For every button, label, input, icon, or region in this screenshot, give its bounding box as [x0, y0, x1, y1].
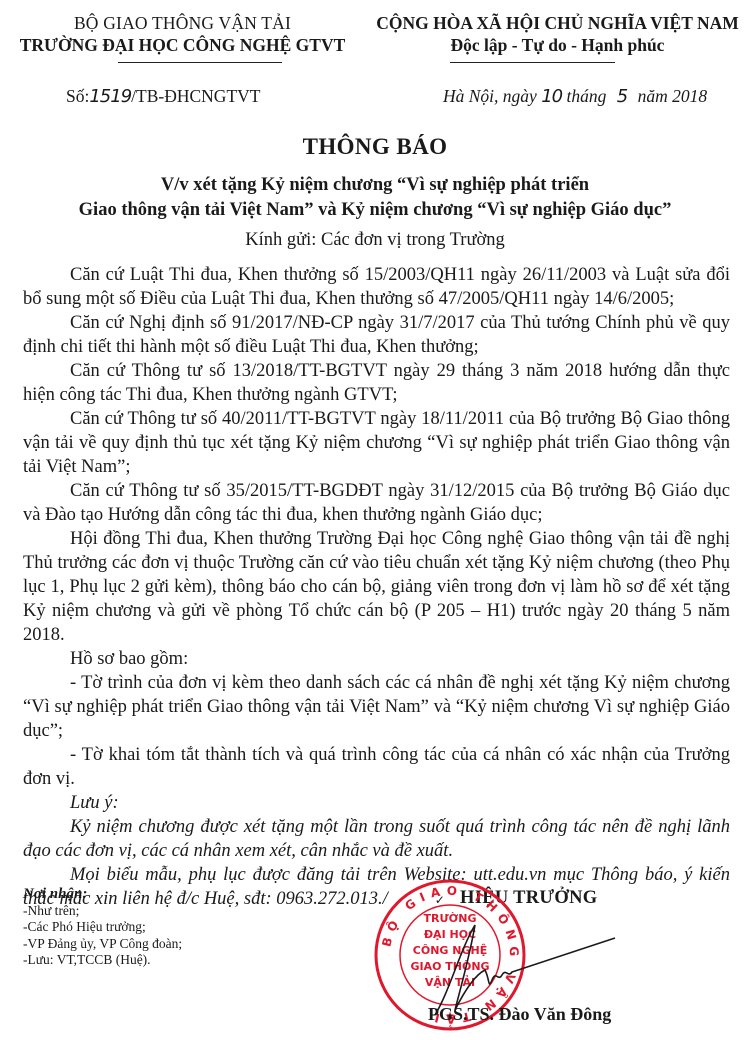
doc-number-prefix: Số:: [66, 86, 89, 106]
ministry-name: BỘ GIAO THÔNG VẬN TẢI: [10, 12, 355, 34]
recipient-item: -VP Đảng ủy, VP Công đoàn;: [23, 936, 182, 953]
doc-number-handwritten: 1519: [89, 86, 131, 107]
doc-number-suffix: /TB-ĐHCNGTVT: [131, 86, 260, 106]
national-header: CỘNG HÒA XÃ HỘI CHỦ NGHĨA VIỆT NAM Độc l…: [370, 12, 745, 56]
date-month-handwritten: 5: [617, 86, 627, 107]
salutation: Kính gửi: Các đơn vị trong Trường: [0, 230, 750, 251]
document-body: Căn cứ Luật Thi đua, Khen thưởng số 15/2…: [23, 263, 730, 912]
body-paragraph: - Tờ trình của đơn vị kèm theo danh sách…: [23, 671, 730, 743]
document-subject: V/v xét tặng Kỷ niệm chương “Vì sự nghiệ…: [0, 173, 750, 223]
national-title: CỘNG HÒA XÃ HỘI CHỦ NGHĨA VIỆT NAM: [370, 12, 745, 34]
recipients-heading: Nơi nhận:: [23, 886, 182, 903]
issuer-header: BỘ GIAO THÔNG VẬN TẢI TRƯỜNG ĐẠI HỌC CÔN…: [10, 12, 355, 56]
subject-line-1: V/v xét tặng Kỷ niệm chương “Vì sự nghiệ…: [0, 173, 750, 198]
document-title: THÔNG BÁO: [0, 134, 750, 160]
body-paragraph: Lưu ý:: [23, 791, 730, 815]
document-number: Số:1519/TB-ĐHCNGTVT: [66, 86, 260, 107]
body-paragraph: Hồ sơ bao gồm:: [23, 647, 730, 671]
motto-underline: [450, 62, 615, 63]
national-motto: Độc lập - Tự do - Hạnh phúc: [370, 34, 745, 56]
recipients-block: Nơi nhận: -Như trên; -Các Phó Hiệu trưởn…: [23, 886, 182, 969]
body-paragraph: Căn cứ Thông tư số 13/2018/TT-BGTVT ngày…: [23, 359, 730, 407]
subject-line-2: Giao thông vận tải Việt Nam” và Kỷ niệm …: [0, 198, 750, 223]
date-day-handwritten: 10: [541, 86, 562, 107]
body-paragraph: Căn cứ Nghị định số 91/2017/NĐ-CP ngày 3…: [23, 311, 730, 359]
recipient-item: -Các Phó Hiệu trưởng;: [23, 919, 182, 936]
body-paragraph: Căn cứ Thông tư số 35/2015/TT-BGDĐT ngày…: [23, 479, 730, 527]
body-paragraph: Căn cứ Thông tư số 40/2011/TT-BGTVT ngày…: [23, 407, 730, 479]
date-prefix: Hà Nội, ngày: [443, 86, 537, 106]
body-paragraph: Căn cứ Luật Thi đua, Khen thưởng số 15/2…: [23, 263, 730, 311]
school-name: TRƯỜNG ĐẠI HỌC CÔNG NGHỆ GTVT: [10, 34, 355, 56]
date-year: năm 2018: [638, 86, 708, 106]
issuer-underline: [118, 62, 282, 63]
place-and-date: Hà Nội, ngày 10 tháng 5 năm 2018: [443, 86, 707, 107]
date-month-label: tháng: [566, 86, 606, 106]
signer-name: PGS.TS. Đào Văn Đông: [428, 1004, 611, 1025]
recipient-item: -Như trên;: [23, 903, 182, 920]
recipient-item: -Lưu: VT,TCCB (Huệ).: [23, 952, 182, 969]
body-paragraph: Kỷ niệm chương được xét tặng một lần tro…: [23, 815, 730, 863]
body-paragraph: - Tờ khai tóm tắt thành tích và quá trìn…: [23, 743, 730, 791]
body-paragraph: Hội đồng Thi đua, Khen thưởng Trường Đại…: [23, 527, 730, 647]
